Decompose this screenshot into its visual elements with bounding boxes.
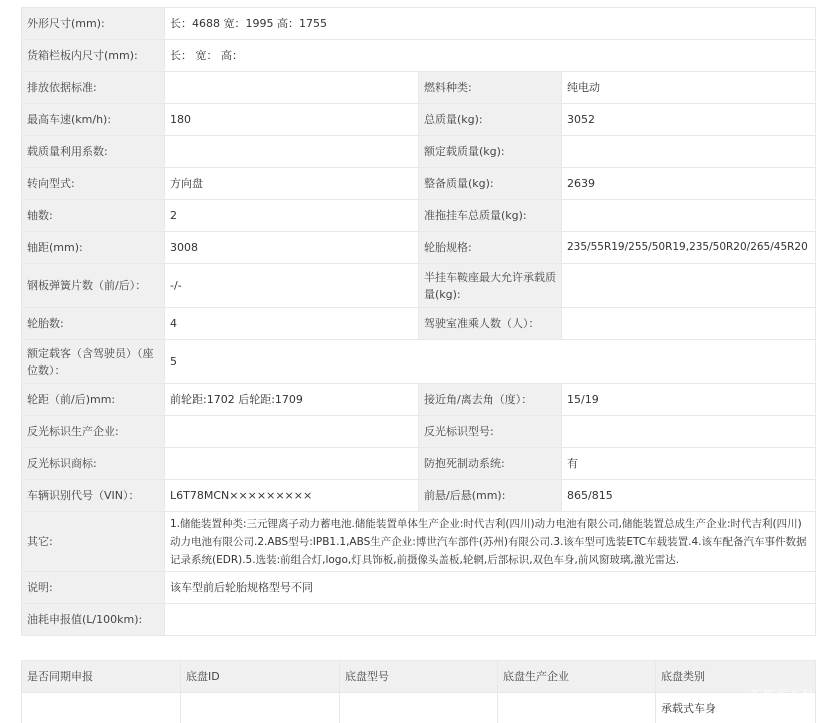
rated-load-value <box>562 136 816 168</box>
outer-size-label: 外形尺寸(mm): <box>22 8 165 40</box>
fuel-consumption-label: 油耗申报值(L/100km): <box>22 604 165 636</box>
spec-row-load: 载质量利用系数: 额定载质量(kg): <box>22 136 816 168</box>
max-speed-value: 180 <box>165 104 419 136</box>
overhang-label: 前悬/后悬(mm): <box>419 480 562 512</box>
chassis-cell-id <box>181 693 340 723</box>
spec-row-fuel-consumption: 油耗申报值(L/100km): <box>22 604 816 636</box>
leaf-spring-value: -/- <box>165 264 419 308</box>
total-mass-value: 3052 <box>562 104 816 136</box>
wheelbase-value: 3008 <box>165 232 419 264</box>
steering-value: 方向盘 <box>165 168 419 200</box>
curb-mass-value: 2639 <box>562 168 816 200</box>
reflector-model-value <box>562 416 816 448</box>
spec-row-reflector-maker: 反光标识生产企业: 反光标识型号: <box>22 416 816 448</box>
rated-passengers-value: 5 <box>165 340 816 384</box>
reflector-model-label: 反光标识型号: <box>419 416 562 448</box>
spec-row-other: 其它: 1.储能装置种类:三元锂离子动力蓄电池.储能装置单体生产企业:时代吉利(… <box>22 512 816 572</box>
chassis-header-concurrent: 是否同期申报 <box>22 661 181 693</box>
track-label: 轮距（前/后)mm: <box>22 384 165 416</box>
curb-mass-label: 整备质量(kg): <box>419 168 562 200</box>
chassis-cell-category: 承载式车身 <box>656 693 816 723</box>
spec-row-note: 说明: 该车型前后轮胎规格型号不同 <box>22 572 816 604</box>
track-value: 前轮距:1702 后轮距:1709 <box>165 384 419 416</box>
chassis-header-model: 底盘型号 <box>340 661 498 693</box>
table-row: 承载式车身 <box>22 693 816 723</box>
angle-label: 接近角/离去角（度）： <box>419 384 562 416</box>
axles-value: 2 <box>165 200 419 232</box>
spec-row-vin: 车辆识别代号（VIN）： L6T78MCN××××××××× 前悬/后悬(mm)… <box>22 480 816 512</box>
spec-row-track: 轮距（前/后)mm: 前轮距:1702 后轮距:1709 接近角/离去角（度）：… <box>22 384 816 416</box>
note-label: 说明: <box>22 572 165 604</box>
cab-passengers-value <box>562 308 816 340</box>
trailer-mass-value <box>562 200 816 232</box>
saddle-load-value <box>562 264 816 308</box>
fuel-consumption-value <box>165 604 816 636</box>
chassis-cell-concurrent <box>22 693 181 723</box>
spec-row-speed-mass: 最高车速(km/h): 180 总质量(kg): 3052 <box>22 104 816 136</box>
cab-passengers-label: 驾驶室准乘人数（人）： <box>419 308 562 340</box>
spec-row-tire-count: 轮胎数: 4 驾驶室准乘人数（人）： <box>22 308 816 340</box>
leaf-spring-label: 钢板弹簧片数（前/后）： <box>22 264 165 308</box>
chassis-header-maker: 底盘生产企业 <box>498 661 656 693</box>
rated-passengers-label: 额定载客（含驾驶员）（座位数）： <box>22 340 165 384</box>
vehicle-spec-page: 外形尺寸(mm): 长：4688 宽：1995 高：1755 货箱栏板内尺寸(m… <box>0 0 835 723</box>
chassis-table: 是否同期申报 底盘ID 底盘型号 底盘生产企业 底盘类别 承载式车身 <box>21 660 816 723</box>
vehicle-spec-table: 外形尺寸(mm): 长：4688 宽：1995 高：1755 货箱栏板内尺寸(m… <box>21 7 816 636</box>
vin-value: L6T78MCN××××××××× <box>165 480 419 512</box>
tire-count-label: 轮胎数: <box>22 308 165 340</box>
rated-load-label: 额定载质量(kg): <box>419 136 562 168</box>
vin-label: 车辆识别代号（VIN）： <box>22 480 165 512</box>
chassis-header-id: 底盘ID <box>181 661 340 693</box>
chassis-header-category: 底盘类别 <box>656 661 816 693</box>
abs-label: 防抱死制动系统: <box>419 448 562 480</box>
emission-value <box>165 72 419 104</box>
reflector-brand-value <box>165 448 419 480</box>
cargo-size-value: 长： 宽： 高： <box>165 40 816 72</box>
note-value: 该车型前后轮胎规格型号不同 <box>165 572 816 604</box>
other-value: 1.储能装置种类:三元锂离子动力蓄电池.储能装置单体生产企业:时代吉利(四川)动… <box>165 512 816 572</box>
wheelbase-label: 轴距(mm): <box>22 232 165 264</box>
outer-size-value: 长：4688 宽：1995 高：1755 <box>165 8 816 40</box>
axles-label: 轴数: <box>22 200 165 232</box>
saddle-load-label: 半挂车鞍座最大允许承载质量(kg): <box>419 264 562 308</box>
tire-spec-label: 轮胎规格: <box>419 232 562 264</box>
spec-row-outer-size: 外形尺寸(mm): 长：4688 宽：1995 高：1755 <box>22 8 816 40</box>
chassis-cell-model <box>340 693 498 723</box>
load-coeff-value <box>165 136 419 168</box>
fuel-label: 燃料种类: <box>419 72 562 104</box>
reflector-maker-label: 反光标识生产企业: <box>22 416 165 448</box>
abs-value: 有 <box>562 448 816 480</box>
spec-row-wheelbase: 轴距(mm): 3008 轮胎规格: 235/55R19/255/50R19,2… <box>22 232 816 264</box>
emission-label: 排放依据标准: <box>22 72 165 104</box>
load-coeff-label: 载质量利用系数: <box>22 136 165 168</box>
overhang-value: 865/815 <box>562 480 816 512</box>
cargo-size-label: 货箱栏板内尺寸(mm): <box>22 40 165 72</box>
spec-row-emission-fuel: 排放依据标准: 燃料种类: 纯电动 <box>22 72 816 104</box>
tire-count-value: 4 <box>165 308 419 340</box>
spec-row-cargo-size: 货箱栏板内尺寸(mm): 长： 宽： 高： <box>22 40 816 72</box>
fuel-value: 纯电动 <box>562 72 816 104</box>
reflector-maker-value <box>165 416 419 448</box>
chassis-header-row: 是否同期申报 底盘ID 底盘型号 底盘生产企业 底盘类别 <box>22 661 816 693</box>
angle-value: 15/19 <box>562 384 816 416</box>
spec-row-axles: 轴数: 2 准拖挂车总质量(kg): <box>22 200 816 232</box>
tire-spec-value: 235/55R19/255/50R19,235/50R20/265/45R20 <box>562 232 816 264</box>
chassis-cell-maker <box>498 693 656 723</box>
trailer-mass-label: 准拖挂车总质量(kg): <box>419 200 562 232</box>
reflector-brand-label: 反光标识商标: <box>22 448 165 480</box>
other-label: 其它: <box>22 512 165 572</box>
steering-label: 转向型式: <box>22 168 165 200</box>
spec-row-steering: 转向型式: 方向盘 整备质量(kg): 2639 <box>22 168 816 200</box>
spec-row-reflector-brand: 反光标识商标: 防抱死制动系统: 有 <box>22 448 816 480</box>
total-mass-label: 总质量(kg): <box>419 104 562 136</box>
spec-row-leaf-spring: 钢板弹簧片数（前/后）： -/- 半挂车鞍座最大允许承载质量(kg): <box>22 264 816 308</box>
spec-row-rated-passengers: 额定载客（含驾驶员）（座位数）： 5 <box>22 340 816 384</box>
max-speed-label: 最高车速(km/h): <box>22 104 165 136</box>
